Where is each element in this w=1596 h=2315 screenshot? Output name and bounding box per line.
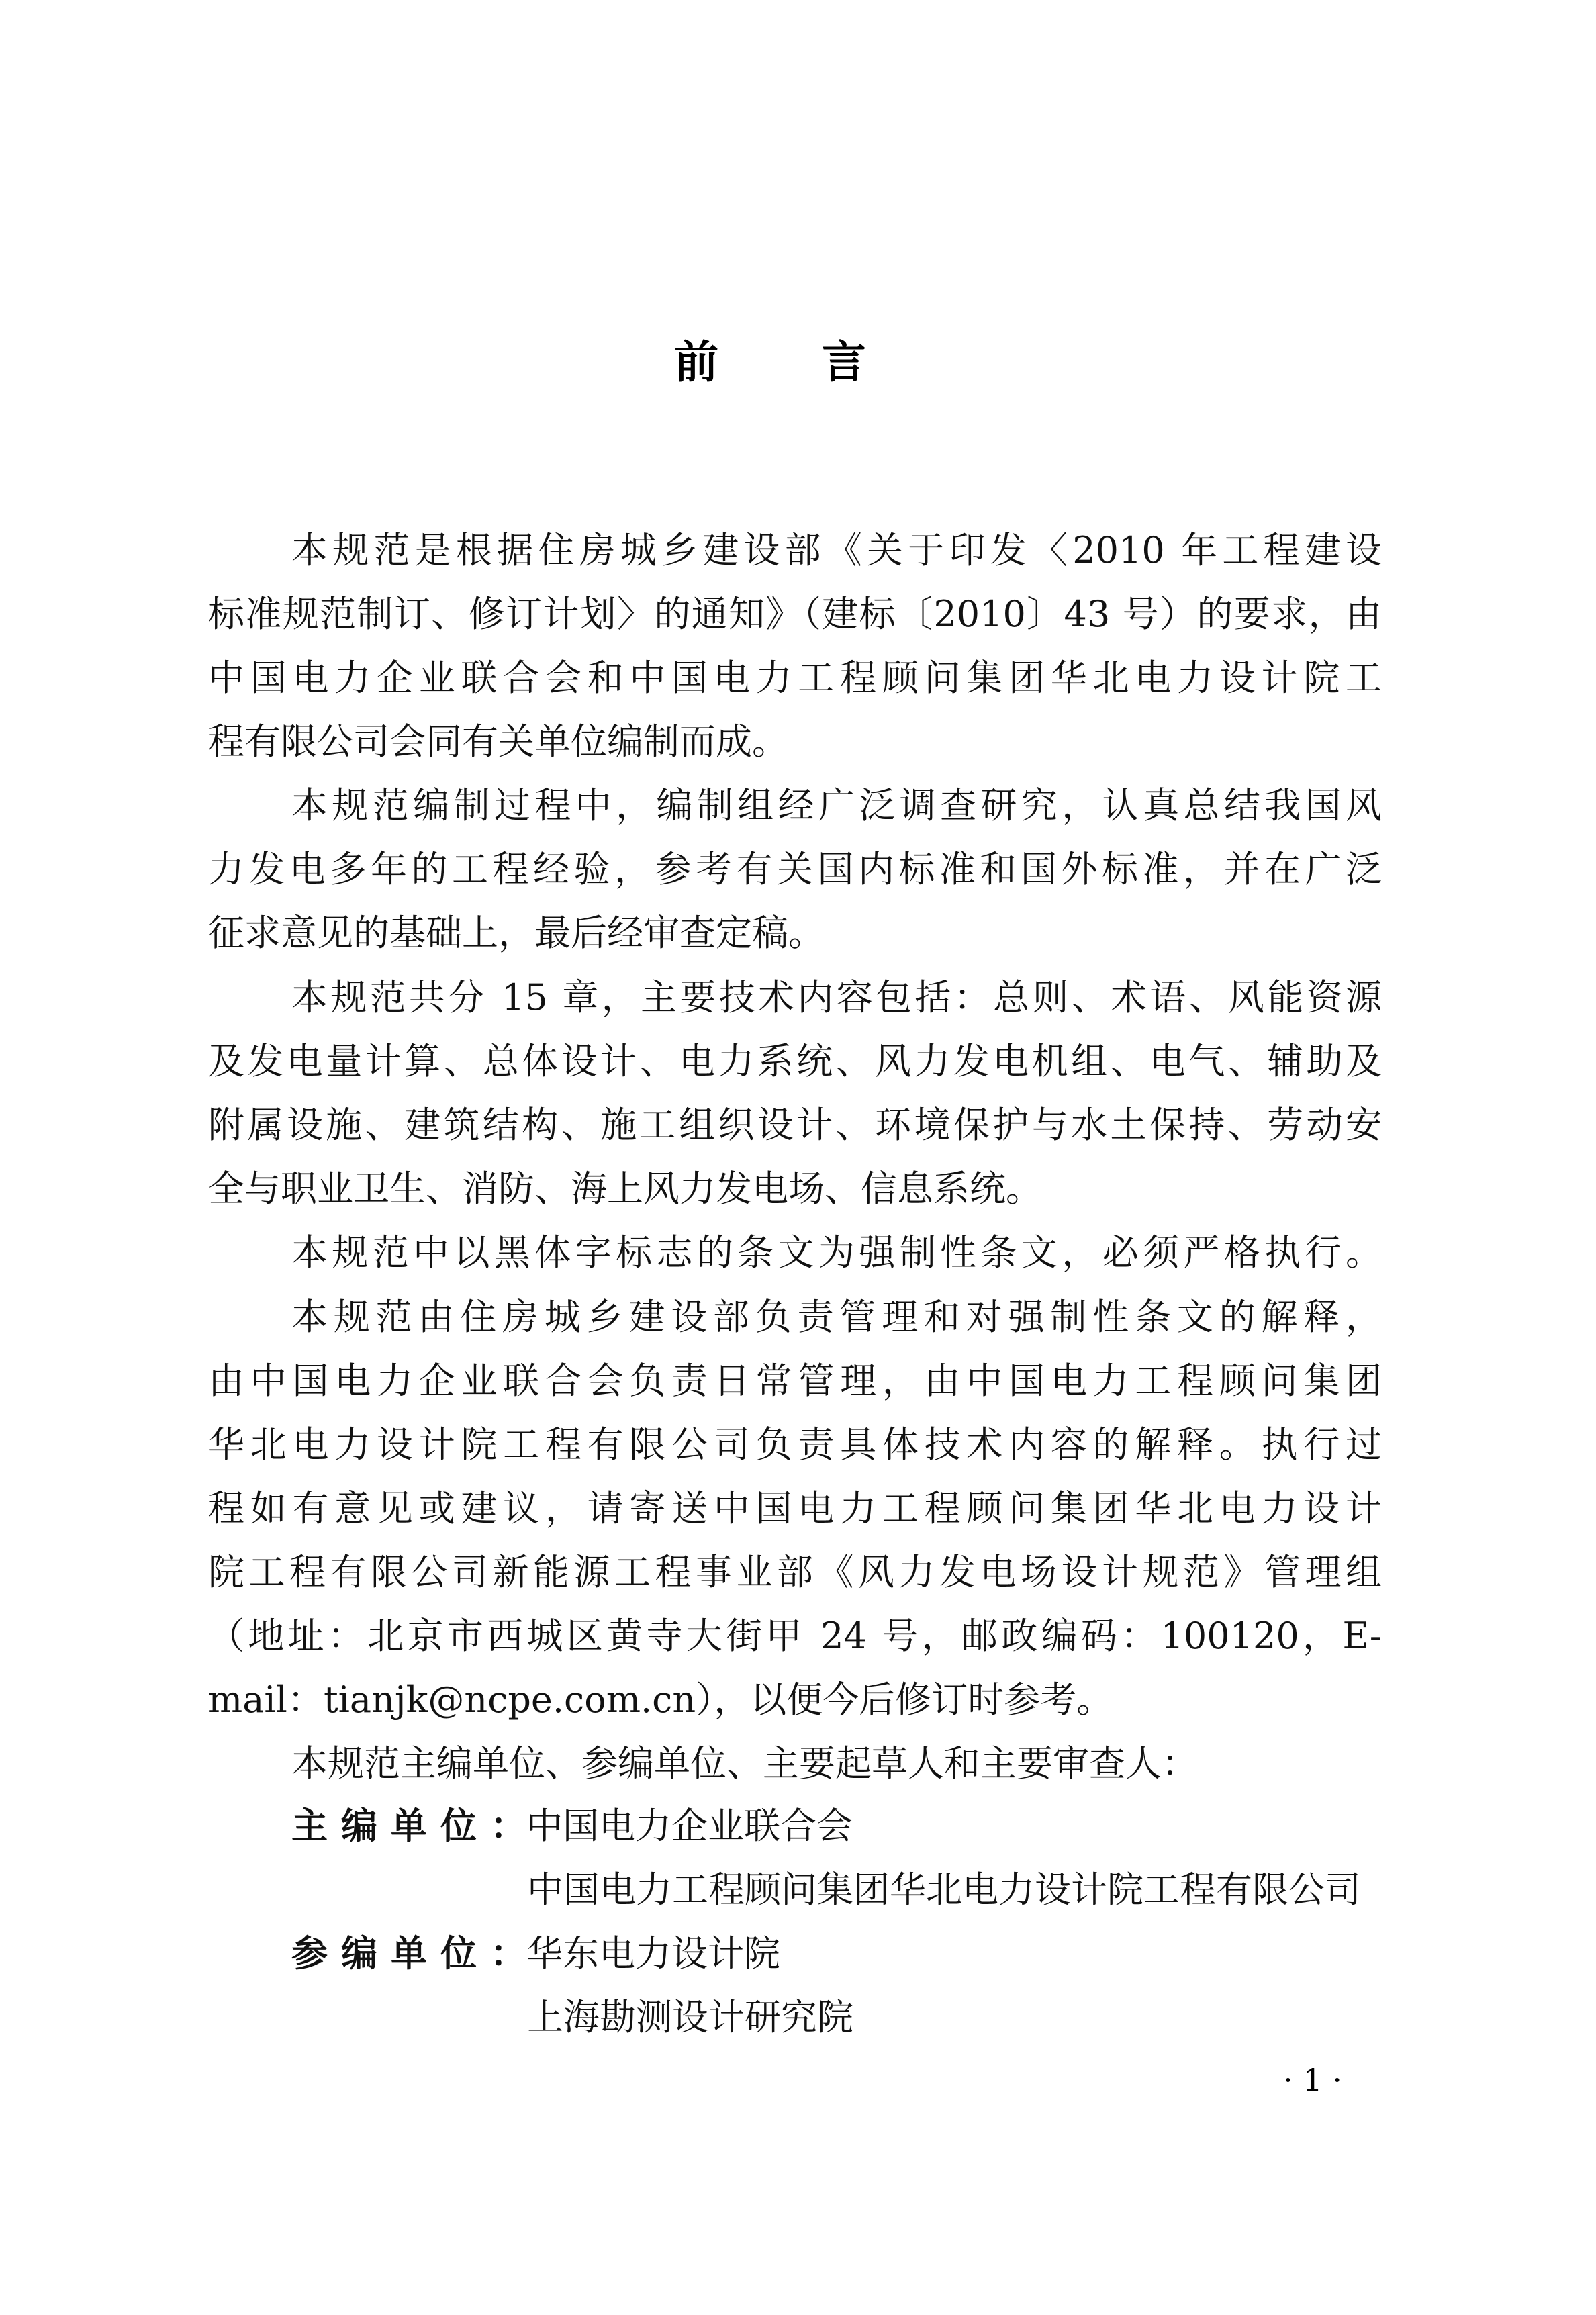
participating-units-row: 参编单位：华东电力设计院 — [291, 1930, 780, 1977]
chief-unit: 中国电力企业联合会 — [526, 1803, 853, 1850]
body-line: 全与职业卫生、消防、海上风力发电场、信息系统。 — [208, 1166, 1382, 1213]
body-line: 标准规范制订、修订计划〉的通知》（建标〔2010〕43 号）的要求，由 — [208, 591, 1382, 638]
participating-units-row-cont: 上海勘测设计研究院 — [527, 1994, 853, 2041]
chief-units-row-cont: 中国电力工程顾问集团华北电力设计院工程有限公司 — [527, 1867, 1361, 1914]
participating-unit: 上海勘测设计研究院 — [527, 1994, 853, 2041]
body-line: 程有限公司会同有关单位编制而成。 — [208, 718, 1382, 765]
body-line: 本规范由住房城乡建设部负责管理和对强制性条文的解释， — [291, 1294, 1382, 1341]
body-line: mail：tianjk@ncpe.com.cn），以便今后修订时参考。 — [208, 1676, 1382, 1723]
body-line: 由中国电力企业联合会负责日常管理，由中国电力工程顾问集团 — [208, 1358, 1382, 1405]
body-line: 及发电量计算、总体设计、电力系统、风力发电机组、电气、辅助及 — [208, 1038, 1382, 1085]
body-line: 本规范编制过程中，编制组经广泛调查研究，认真总结我国风 — [291, 782, 1382, 829]
body-line: 程如有意见或建议，请寄送中国电力工程顾问集团华北电力设计 — [208, 1485, 1382, 1532]
page-title-char-1: 前 — [674, 336, 718, 389]
body-line: （地址：北京市西城区黄寺大街甲 24 号，邮政编码：100120，E- — [208, 1613, 1382, 1660]
chief-unit: 中国电力工程顾问集团华北电力设计院工程有限公司 — [527, 1867, 1361, 1914]
body-line: 征求意见的基础上，最后经审查定稿。 — [208, 910, 1382, 957]
body-line: 华北电力设计院工程有限公司负责具体技术内容的解释。执行过 — [208, 1421, 1382, 1468]
body-line: 中国电力企业联合会和中国电力工程顾问集团华北电力设计院工 — [208, 655, 1382, 702]
body-line: 本规范是根据住房城乡建设部《关于印发〈2010 年工程建设 — [291, 527, 1382, 574]
body-line: 本规范主编单位、参编单位、主要起草人和主要审查人： — [291, 1740, 1382, 1787]
body-line: 本规范中以黑体字标志的条文为强制性条文，必须严格执行。 — [291, 1229, 1382, 1276]
page-title: 前 言 — [0, 336, 1596, 389]
document-page: 前 言 本规范是根据住房城乡建设部《关于印发〈2010 年工程建设 标准规范制订… — [0, 0, 1596, 2315]
body-line: 力发电多年的工程经验，参考有关国内标准和国外标准，并在广泛 — [208, 846, 1382, 893]
body-line: 院工程有限公司新能源工程事业部《风力发电场设计规范》管理组 — [208, 1549, 1382, 1596]
chief-units-row: 主编单位：中国电力企业联合会 — [291, 1803, 853, 1850]
page-number: · 1 · — [1269, 2061, 1356, 2099]
body-line: 本规范共分 15 章，主要技术内容包括：总则、术语、风能资源 — [291, 974, 1382, 1021]
chief-units-label: 主编单位： — [291, 1803, 526, 1850]
page-title-char-2: 言 — [822, 336, 866, 389]
participating-units-label: 参编单位： — [291, 1930, 526, 1977]
body-line: 附属设施、建筑结构、施工组织设计、环境保护与水土保持、劳动安 — [208, 1102, 1382, 1149]
participating-unit: 华东电力设计院 — [526, 1930, 780, 1977]
